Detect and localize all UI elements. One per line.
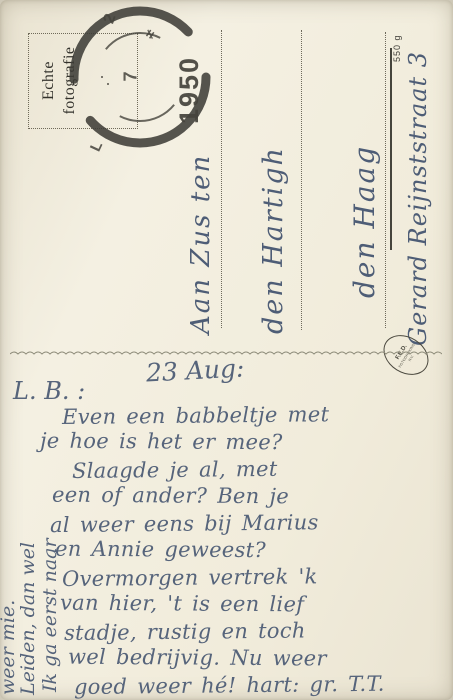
message-line: goed weer hé! hart: gr. T.T.: [74, 671, 452, 700]
postmark-mark: 7: [121, 71, 142, 81]
message-line: en Annie geweest?: [55, 537, 452, 567]
message-line: al weer eens bij Marius: [50, 509, 452, 540]
address-surname: den Hartigh: [258, 72, 289, 334]
address-rule-2: [301, 30, 302, 330]
message-line: Slaagde je al, met: [72, 455, 452, 486]
message-line: stadje, rustig en toch: [64, 617, 452, 648]
margin-note-line1: Ik ga eerst naar: [40, 414, 60, 692]
address-rule-1: [221, 30, 222, 328]
message-line: je hoe is het er mee?: [40, 429, 452, 459]
message-line: een of ander? Ben je: [52, 483, 452, 513]
city-underline: [390, 48, 392, 250]
message-line: Even een babbeltje met: [62, 401, 452, 432]
message-line: wel bedrijvig. Nu weer: [68, 645, 452, 675]
margin-note-line3: weer mie.: [0, 545, 18, 695]
photo-box-label-line1: Echte: [40, 61, 57, 100]
message-line: van hier, 't is een lief: [60, 591, 452, 621]
address-recipient: Aan Zus ten: [186, 122, 216, 334]
message-body: Even een babbeltje met je hoe is het er …: [6, 403, 452, 700]
message-date: 23 Aug:: [145, 353, 245, 387]
postcard-back: Echte fotografie 1950 2 ≠ 7 L 550 g Aan …: [0, 0, 453, 700]
message-salutation: L. B. :: [13, 377, 85, 405]
order-number: 550 g: [392, 26, 402, 62]
margin-note-line2: Leiden, dan wel: [18, 415, 38, 695]
message-line: Overmorgen vertrek 'k: [62, 563, 452, 594]
address-street: Gerard Reijnststraat 3: [404, 2, 432, 346]
address-city: den Haag: [348, 58, 381, 298]
address-rule-3: [385, 32, 386, 328]
postmark-year: 1950: [174, 46, 205, 124]
